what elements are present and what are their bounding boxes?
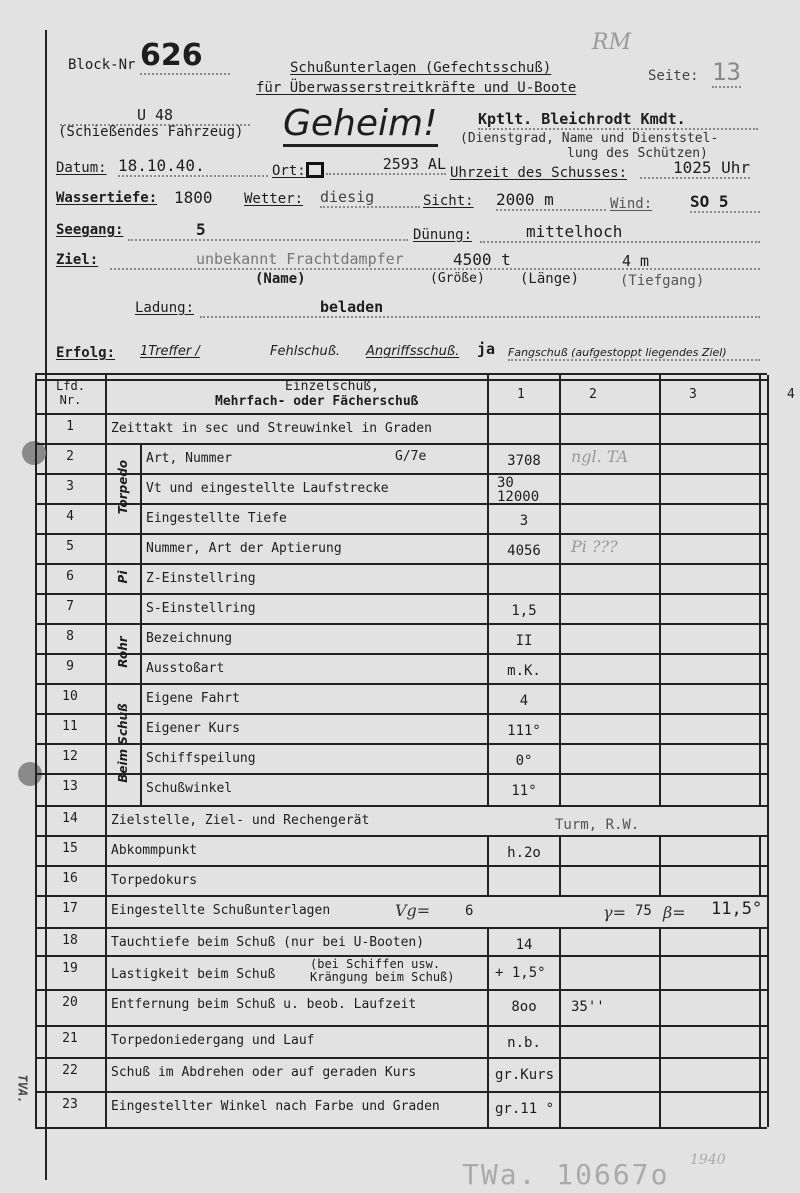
row-number: 7	[35, 599, 105, 614]
row-label: Zielstelle, Ziel- und Rechengerät	[111, 813, 369, 828]
header-desc: Einzelschuß,	[285, 379, 379, 394]
table-rule	[35, 443, 767, 445]
header-desc-2: Mehrfach- oder Fächerschuß	[215, 394, 419, 409]
table-rule	[35, 743, 767, 745]
sea-label: Seegang:	[56, 222, 123, 238]
secret-stamp: Geheim!	[283, 104, 438, 147]
target-size: 4500 t	[453, 250, 511, 269]
wind-value: SO 5	[690, 192, 760, 213]
row-number: 12	[35, 749, 105, 764]
table-rule	[487, 835, 489, 895]
caption-size: (Größe)	[430, 271, 485, 286]
cell-col1: 14	[495, 937, 553, 953]
row-label: Abkommpunkt	[111, 843, 197, 858]
initials-stamp: RM	[592, 30, 631, 55]
table-rule	[35, 623, 767, 625]
table-rule	[659, 375, 661, 805]
table-rule	[140, 443, 142, 805]
row-number: 17	[35, 901, 105, 916]
visibility-value: 2000 m	[496, 190, 606, 211]
row-number: 18	[35, 933, 105, 948]
row-number: 2	[35, 449, 105, 464]
row-label: Art, Nummer	[146, 451, 232, 466]
time-value: 1025 Uhr	[640, 158, 750, 179]
vessel-value: U 48	[60, 106, 250, 126]
cell-col1: + 1,5°	[495, 965, 553, 981]
caption-name: (Name)	[255, 271, 306, 287]
row-number: 15	[35, 841, 105, 856]
table-rule	[35, 593, 767, 595]
result-attack-value: ja	[477, 340, 495, 358]
archive-year: 1940	[690, 1152, 726, 1168]
cell-col1: 3	[495, 513, 553, 529]
row-label: Bezeichnung	[146, 631, 232, 646]
side-stamp: TVA.	[15, 1075, 29, 1104]
place-label: Ort:	[272, 163, 306, 179]
table-rule	[759, 375, 761, 805]
row-label: Schußwinkel	[146, 781, 232, 796]
vg-value: 6	[465, 903, 473, 919]
row-number: 14	[35, 811, 105, 826]
row-number: 1	[35, 419, 105, 434]
row-number: 13	[35, 779, 105, 794]
block-label: Block-Nr	[68, 57, 135, 73]
cell-col1: gr.11 °	[495, 1101, 553, 1117]
row-label: Ausstoßart	[146, 661, 224, 676]
cell-col1: 1,5	[495, 603, 553, 619]
result-attack: Angriffsschuß.	[366, 344, 459, 359]
cell-col1: 4	[495, 693, 553, 709]
table-rule	[659, 835, 661, 895]
table-rule	[35, 1127, 767, 1129]
officer-caption: (Dienstgrad, Name und Dienststel-	[460, 131, 718, 146]
page-label: Seite:	[648, 68, 699, 84]
archive-stamp: TWa. 10667o	[462, 1158, 669, 1191]
cell-col1: h.2o	[495, 845, 553, 861]
table-rule	[35, 805, 767, 807]
row-label: Z-Einstellring	[146, 571, 256, 586]
cargo-label: Ladung:	[135, 300, 194, 316]
result-label: Erfolg:	[56, 345, 115, 361]
table-rule	[35, 989, 767, 991]
header-nr: Lfd. Nr.	[43, 379, 98, 407]
cell-col1: 111°	[495, 723, 553, 739]
cell-col2: ngl. TA	[571, 447, 628, 466]
gamma-value: 75	[635, 903, 652, 919]
row-number: 3	[35, 479, 105, 494]
row-number: 5	[35, 539, 105, 554]
row-label: Torpedoniedergang und Lauf	[111, 1033, 315, 1048]
visibility-label: Sicht:	[423, 193, 474, 209]
weather-value: diesig	[320, 188, 420, 208]
caption-draught: (Tiefgang)	[620, 273, 704, 289]
cell-col1: II	[495, 633, 553, 649]
row-label: Nummer, Art der Aptierung	[146, 541, 342, 556]
cell-col1-b: 12000	[497, 489, 539, 505]
row-note: (bei Schiffen usw.	[310, 957, 440, 971]
table-rule	[35, 413, 767, 415]
row-number: 22	[35, 1063, 105, 1078]
row-label: Eingestellter Winkel nach Farbe und Grad…	[111, 1099, 440, 1114]
result-miss: Fehlschuß.	[270, 344, 340, 359]
time-label: Uhrzeit des Schusses:	[450, 165, 627, 181]
cargo-value: beladen	[200, 298, 760, 318]
column-header-2: 2	[589, 387, 597, 402]
table-rule	[559, 835, 561, 895]
cell-col1: m.K.	[495, 663, 553, 679]
row-label: Eingestellte Tiefe	[146, 511, 287, 526]
row-number: 20	[35, 995, 105, 1010]
table-rule	[35, 713, 767, 715]
table-rule	[35, 927, 767, 929]
table-rule	[35, 1025, 767, 1027]
table-rule	[35, 503, 767, 505]
vessel-caption: (Schießendes Fahrzeug)	[58, 124, 243, 140]
row-label: Schuß im Abdrehen oder auf geraden Kurs	[111, 1065, 416, 1080]
row-label: Entfernung beim Schuß u. beob. Laufzeit	[111, 997, 416, 1012]
cell-col1: gr.Kurs	[495, 1067, 553, 1083]
date-label: Datum:	[56, 160, 107, 176]
officer-value: Kptlt. Bleichrodt Kmdt.	[478, 110, 758, 130]
beta-label: β=	[663, 903, 686, 922]
row-label: Vt und eingestellte Laufstrecke	[146, 481, 389, 496]
caption-length: (Länge)	[520, 271, 579, 287]
swell-label: Dünung:	[413, 227, 472, 243]
row-label: Eigene Fahrt	[146, 691, 240, 706]
row-label: Eingestellte Schußunterlagen	[111, 903, 330, 918]
document-page: Block-Nr 626 Schußunterlagen (Gefechtssc…	[0, 0, 800, 1193]
vg-label: Vg=	[395, 901, 430, 920]
page-number: 13	[712, 58, 741, 88]
column-header-4: 4	[787, 387, 795, 402]
swell-value: mittelhoch	[480, 222, 760, 243]
form-title: Schußunterlagen (Gefechtsschuß)	[290, 60, 551, 76]
cell-col2: 35''	[571, 999, 605, 1015]
row-number: 21	[35, 1031, 105, 1046]
weather-label: Wetter:	[244, 191, 303, 207]
depth-value: 1800	[174, 188, 213, 207]
beta-value: 11,5°	[711, 899, 762, 919]
row-label: Eigener Kurs	[146, 721, 240, 736]
column-header-3: 3	[689, 387, 697, 402]
table-rule	[35, 373, 767, 375]
row-extra: G/7e	[395, 449, 426, 464]
sea-value: 5	[128, 220, 408, 241]
table-rule	[35, 683, 767, 685]
table-rule	[35, 533, 767, 535]
cell-col1: 3708	[495, 453, 553, 469]
group-label-pi: Pi	[116, 537, 130, 617]
row-label: Schiffspeilung	[146, 751, 256, 766]
row-label: Tauchtiefe beim Schuß (nur bei U-Booten)	[111, 935, 424, 950]
group-label-torpedo: Torpedo	[116, 447, 130, 527]
result-hits: 1Treffer /	[140, 344, 200, 359]
table-rule	[767, 375, 769, 1127]
row-number: 23	[35, 1097, 105, 1112]
table-rule	[559, 375, 561, 805]
target-name: unbekannt Frachtdampfer	[110, 250, 760, 270]
target-draught: 4 m	[622, 252, 649, 270]
cell-col1: 8oo	[495, 999, 553, 1015]
date-value: 18.10.40.	[118, 156, 268, 177]
group-label-rohr: Rohr	[116, 612, 130, 692]
row-number: 16	[35, 871, 105, 886]
table-rule	[35, 773, 767, 775]
result-catch: Fangschuß (aufgestoppt liegendes Ziel)	[508, 346, 760, 361]
table-rule	[659, 927, 661, 1127]
table-rule	[759, 835, 761, 895]
table-rule	[35, 835, 767, 837]
table-rule	[35, 473, 767, 475]
cell-col2: Pi ???	[571, 537, 618, 556]
depth-label: Wassertiefe:	[56, 190, 157, 206]
row-number: 8	[35, 629, 105, 644]
place-value: 2593 AL	[326, 155, 446, 175]
block-number: 626	[140, 38, 230, 75]
table-rule	[105, 375, 107, 1127]
wind-label: Wind:	[610, 196, 652, 212]
table-rule	[35, 865, 767, 867]
table-rule	[35, 895, 767, 897]
group-label-beim_schuss: Beim Schuß	[116, 703, 130, 783]
gamma-label: γ=	[603, 903, 626, 922]
row-number: 4	[35, 509, 105, 524]
row-number: 6	[35, 569, 105, 584]
cell-col1: 11°	[495, 783, 553, 799]
table-rule	[35, 379, 767, 381]
row-note-2: Krängung beim Schuß)	[310, 970, 455, 984]
table-rule	[487, 375, 489, 805]
table-rule	[759, 927, 761, 1127]
table-rule	[35, 1091, 767, 1093]
row-label: Torpedokurs	[111, 873, 197, 888]
row-label: Zeittakt in sec und Streuwinkel in Grade…	[111, 421, 432, 436]
cell-col1: 0°	[495, 753, 553, 769]
row-label: Lastigkeit beim Schuß	[111, 967, 275, 982]
table-rule	[35, 1057, 767, 1059]
row-label: S-Einstellring	[146, 601, 256, 616]
row-number: 10	[35, 689, 105, 704]
grid-square-icon	[306, 162, 324, 178]
cell-span: Turm, R.W.	[555, 817, 639, 833]
form-subtitle: für Überwasserstreitkräfte und U-Boote	[256, 80, 576, 96]
row-number: 9	[35, 659, 105, 674]
row-number: 11	[35, 719, 105, 734]
table-rule	[487, 927, 489, 1127]
row-number: 19	[35, 961, 105, 976]
target-label: Ziel:	[56, 252, 98, 268]
cell-col1: 4056	[495, 543, 553, 559]
table-rule	[35, 563, 767, 565]
column-header-1: 1	[517, 387, 525, 402]
table-rule	[35, 653, 767, 655]
cell-col1: n.b.	[495, 1035, 553, 1051]
table-rule	[559, 927, 561, 1127]
